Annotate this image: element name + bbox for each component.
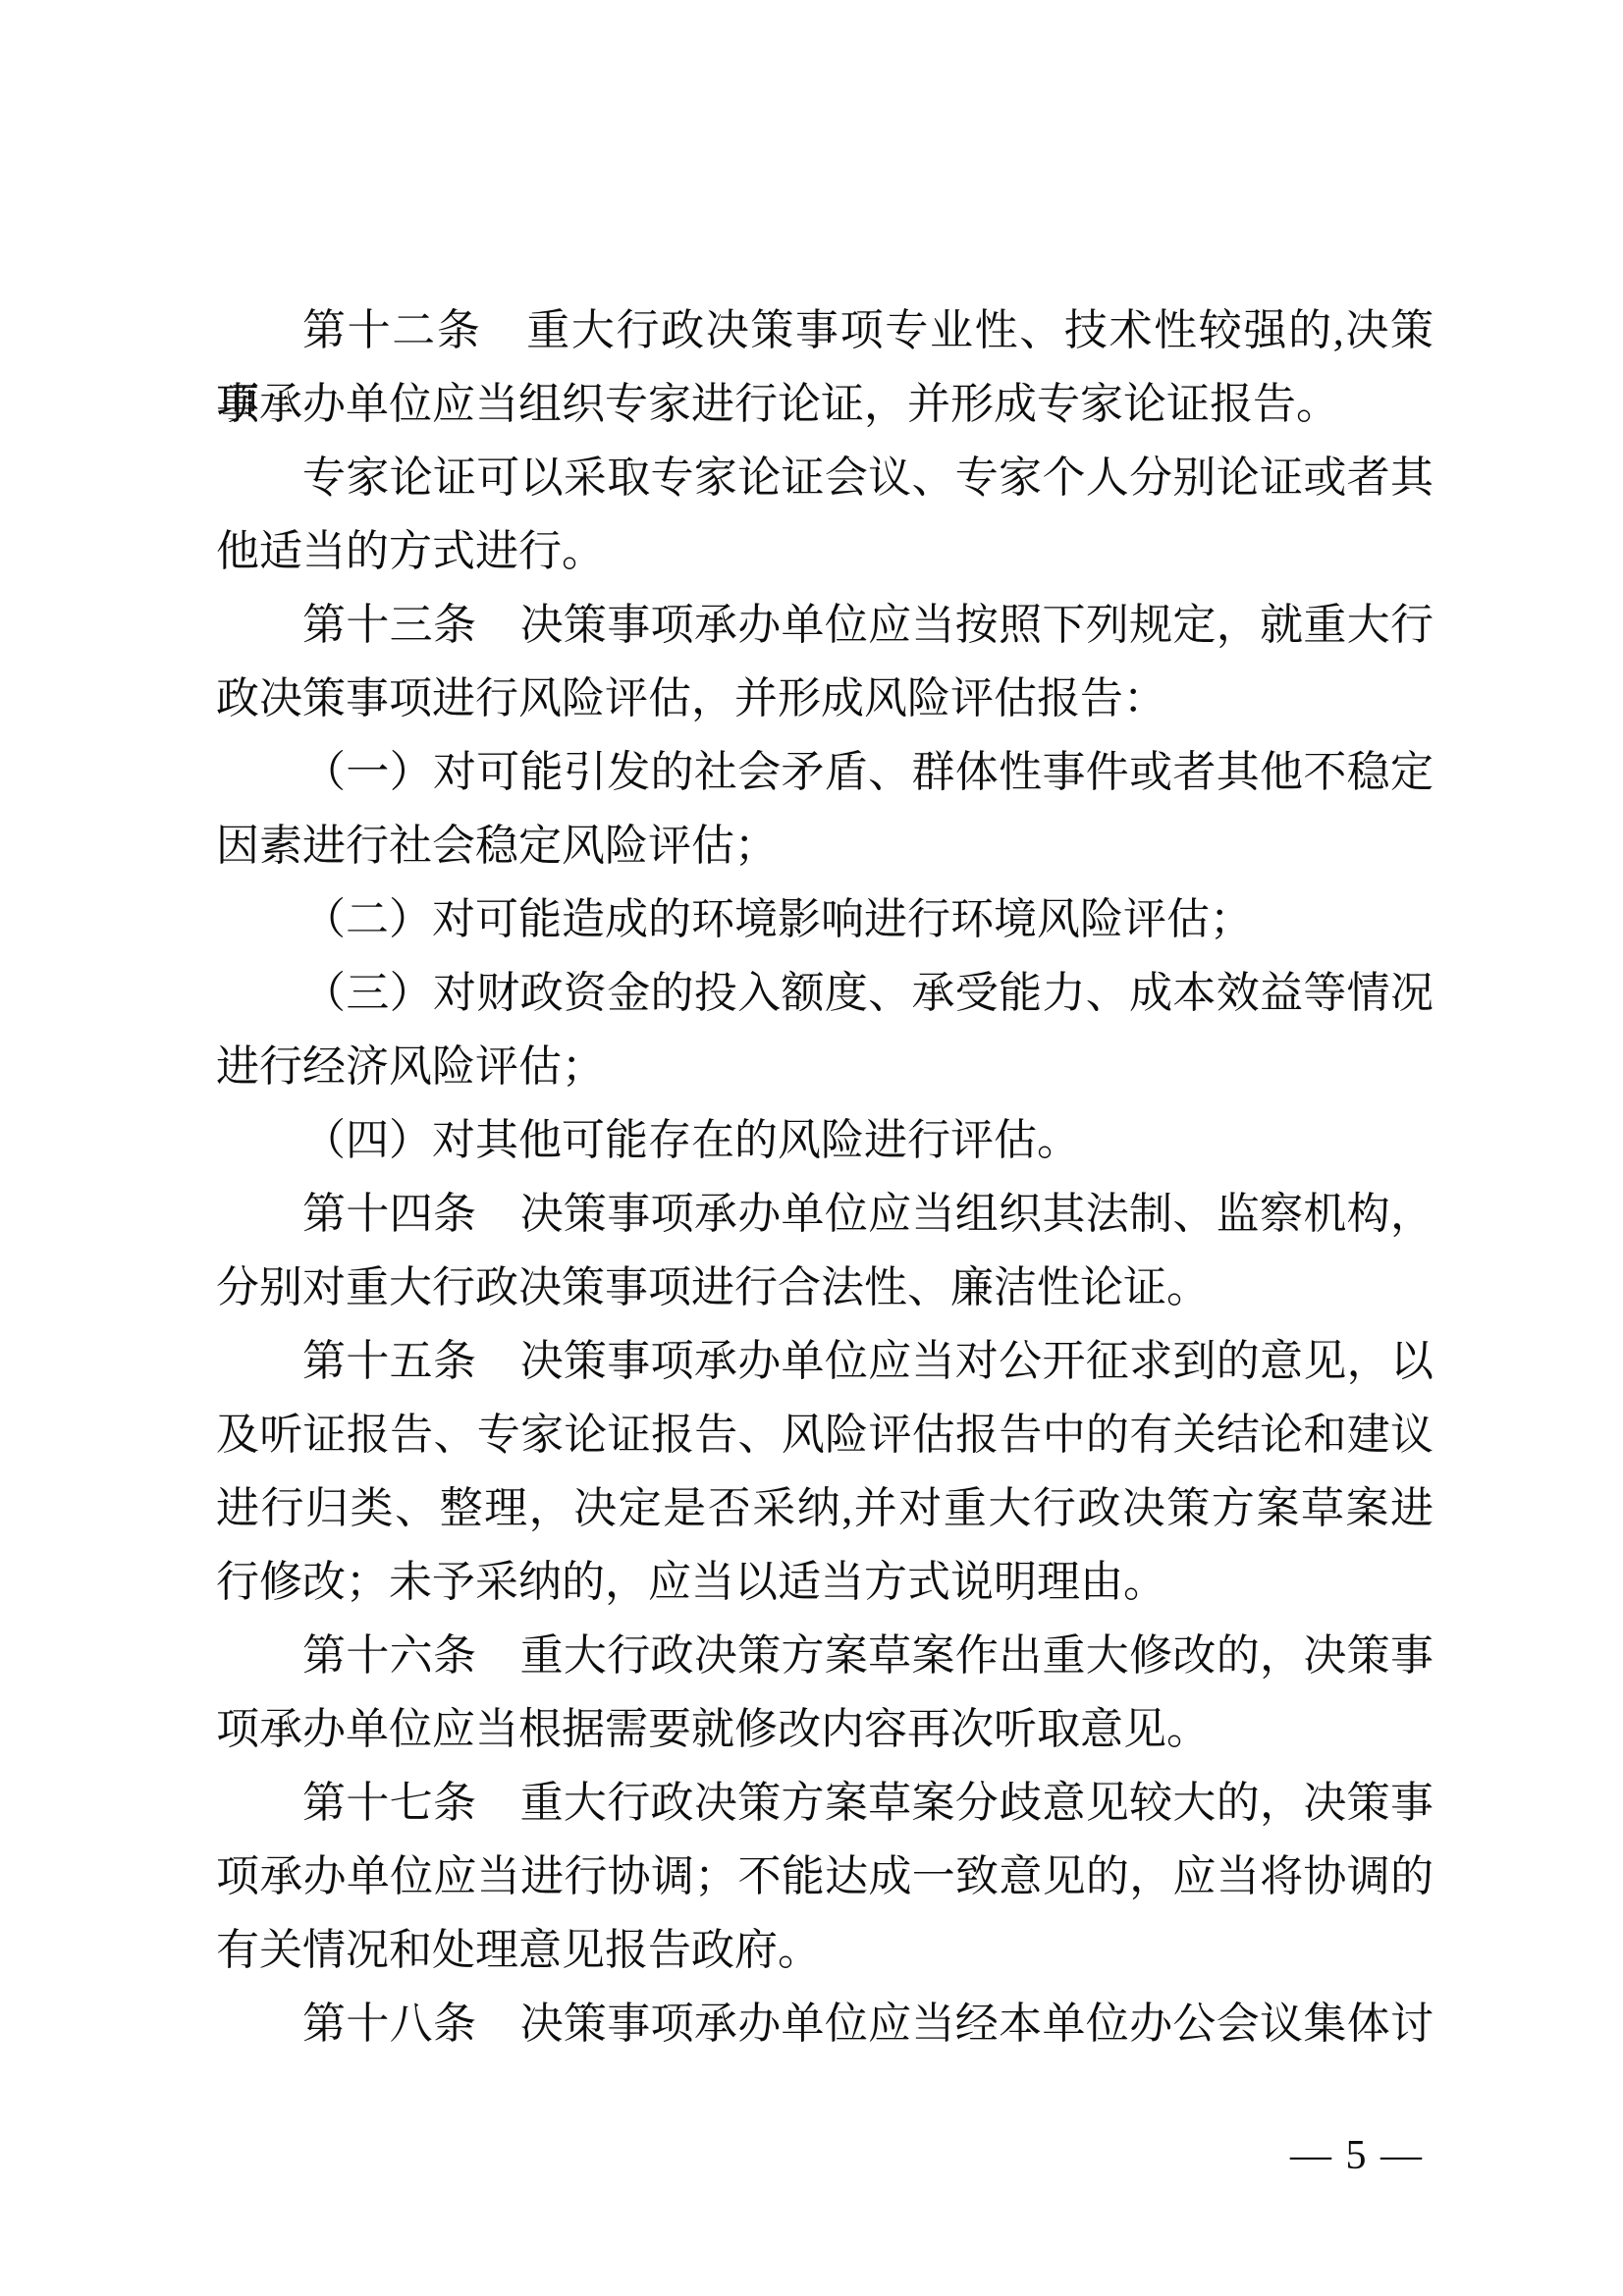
text-line: （四）对其他可能存在的风险进行评估。 [216, 1103, 1434, 1177]
text-line: 有关情况和处理意见报告政府。 [216, 1913, 1434, 1987]
text-line: 进行经济风险评估； [216, 1030, 1434, 1103]
text-line: 第十五条 决策事项承办单位应当对公开征求到的意见，以 [216, 1324, 1434, 1398]
text-line: 进行归类、整理，决定是否采纳,并对重大行政决策方案草案进 [216, 1471, 1434, 1545]
text-line: 第十三条 决策事项承办单位应当按照下列规定，就重大行 [216, 588, 1434, 662]
text-line: 及听证报告、专家论证报告、风险评估报告中的有关结论和建议 [216, 1398, 1434, 1471]
document-page: 第十二条 重大行政决策事项专业性、技术性较强的,决策事 项承办单位应当组织专家进… [0, 0, 1623, 2296]
text-line: 第十二条 重大行政决策事项专业性、技术性较强的,决策事 [216, 294, 1434, 367]
text-line: （一）对可能引发的社会矛盾、群体性事件或者其他不稳定 [216, 735, 1434, 809]
text-line: 他适当的方式进行。 [216, 514, 1434, 588]
text-line: 第十四条 决策事项承办单位应当组织其法制、监察机构， [216, 1177, 1434, 1251]
text-line: 第十六条 重大行政决策方案草案作出重大修改的，决策事 [216, 1619, 1434, 1692]
text-line: 第十七条 重大行政决策方案草案分歧意见较大的，决策事 [216, 1766, 1434, 1840]
body-text: 第十二条 重大行政决策事项专业性、技术性较强的,决策事 项承办单位应当组织专家进… [216, 294, 1434, 2060]
page-number: — 5 — [1290, 2132, 1424, 2179]
text-line: 分别对重大行政决策事项进行合法性、廉洁性论证。 [216, 1251, 1434, 1324]
text-line: 项承办单位应当组织专家进行论证，并形成专家论证报告。 [216, 367, 1434, 441]
text-line: 行修改；未予采纳的，应当以适当方式说明理由。 [216, 1545, 1434, 1619]
text-line: （三）对财政资金的投入额度、承受能力、成本效益等情况 [216, 956, 1434, 1030]
text-line: 项承办单位应当进行协调；不能达成一致意见的，应当将协调的 [216, 1840, 1434, 1913]
text-line: （二）对可能造成的环境影响进行环境风险评估； [216, 882, 1434, 956]
text-line: 第十八条 决策事项承办单位应当经本单位办公会议集体讨 [216, 1987, 1434, 2060]
text-line: 专家论证可以采取专家论证会议、专家个人分别论证或者其 [216, 441, 1434, 514]
text-line: 政决策事项进行风险评估，并形成风险评估报告： [216, 662, 1434, 735]
text-line: 因素进行社会稳定风险评估； [216, 809, 1434, 882]
text-line: 项承办单位应当根据需要就修改内容再次听取意见。 [216, 1692, 1434, 1766]
